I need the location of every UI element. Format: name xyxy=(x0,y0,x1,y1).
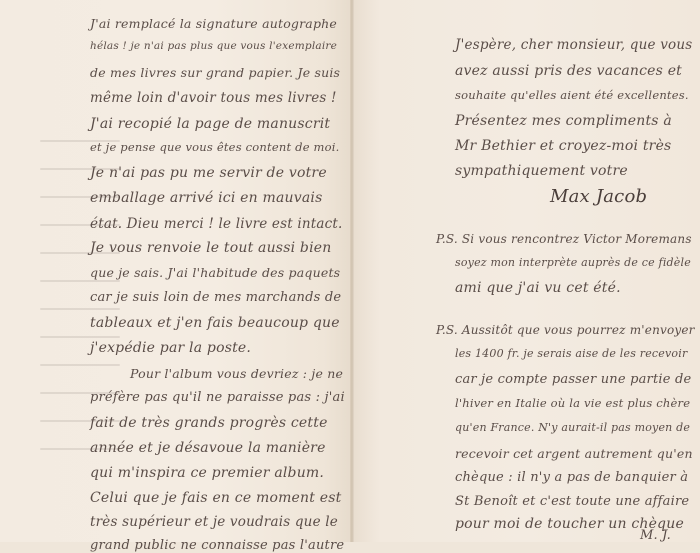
postscript-line: recevoir cet argent autrement qu'en xyxy=(455,446,693,461)
handwritten-line: grand public ne connaisse pas l'autre xyxy=(90,538,344,542)
handwritten-line: préfère pas qu'il ne paraisse pas : j'ai xyxy=(90,390,345,405)
handwritten-line: que je sais. J'ai l'habitude des paquets xyxy=(90,265,340,280)
handwritten-line: emballage arrivé ici en mauvais xyxy=(90,190,322,206)
postscript-line: les 1400 fr. je serais aise de les recev… xyxy=(455,347,687,360)
handwritten-line: fait de très grands progrès cette xyxy=(90,415,328,431)
handwritten-line: souhaite qu'elles aient été excellentes. xyxy=(455,88,689,102)
handwritten-line: hélas ! je n'ai pas plus que vous l'exem… xyxy=(90,40,337,52)
postscript-line: P.S. Si vous rencontrez Victor Moremans xyxy=(436,232,692,246)
handwritten-line: de mes livres sur grand papier. Je suis xyxy=(90,65,340,80)
page-fold xyxy=(350,0,354,542)
handwritten-line: même loin d'avoir tous mes livres ! xyxy=(90,90,337,106)
handwritten-line: avez aussi pris des vacances et xyxy=(455,63,682,79)
handwritten-line: et je pense que vous êtes content de moi… xyxy=(90,140,340,154)
initials: M. J. xyxy=(640,528,671,542)
postscript-line: soyez mon interprète auprès de ce fidèle xyxy=(455,256,691,269)
signature: Max Jacob xyxy=(550,186,647,207)
handwritten-line: Pour l'album vous devriez : je ne xyxy=(130,366,343,381)
handwritten-line: année et je désavoue la manière xyxy=(90,440,326,456)
handwritten-line: car je suis loin de mes marchands de xyxy=(90,290,341,305)
postscript-line: St Benoît et c'est toute une affaire xyxy=(455,494,689,509)
handwritten-line: très supérieur et je voudrais que le xyxy=(90,514,338,530)
postscript-line: chèque : il n'y a pas de banquier à xyxy=(455,470,688,485)
handwritten-line: J'ai remplacé la signature autographe xyxy=(90,16,337,31)
handwritten-line: Je vous renvoie le tout aussi bien xyxy=(90,240,331,256)
handwritten-line: Celui que je fais en ce moment est xyxy=(90,490,341,506)
postscript-line: l'hiver en Italie où la vie est plus chè… xyxy=(455,396,690,410)
handwritten-line: J'ai recopié la page de manuscrit xyxy=(90,116,330,132)
postscript-line: P.S. Aussitôt que vous pourrez m'envoyer xyxy=(436,323,695,337)
handwritten-line: Mr Bethier et croyez-moi très xyxy=(455,138,671,154)
handwritten-line: sympathiquement votre xyxy=(455,163,628,179)
handwritten-line: Je n'ai pas pu me servir de votre xyxy=(90,165,327,181)
postscript-line: ami que j'ai vu cet été. xyxy=(455,280,621,296)
handwritten-line: j'expédie par la poste. xyxy=(90,340,251,356)
handwritten-line: qui m'inspira ce premier album. xyxy=(90,465,324,481)
postscript-line: car je compte passer une partie de xyxy=(455,372,691,387)
handwritten-line: état. Dieu merci ! le livre est intact. xyxy=(90,216,343,232)
handwritten-line: J'espère, cher monsieur, que vous xyxy=(455,37,692,53)
handwritten-line: Présentez mes compliments à xyxy=(455,113,672,129)
handwritten-line: tableaux et j'en fais beaucoup que xyxy=(90,315,340,331)
postscript-line: qu'en France. N'y aurait-il pas moyen de xyxy=(455,421,690,434)
